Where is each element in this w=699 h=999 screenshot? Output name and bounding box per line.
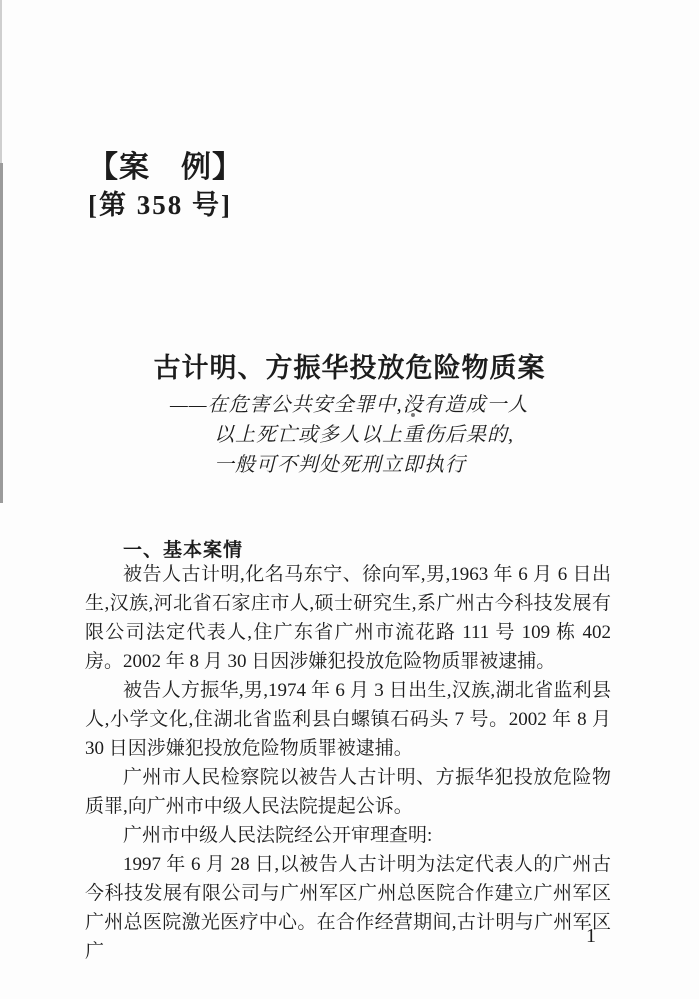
case-header: 【案 例】 [第 358 号] xyxy=(88,153,243,219)
body-paragraph: 被告人方振华,男,1974 年 6 月 3 日出生,汉族,湖北省监利县人,小学文… xyxy=(85,676,611,763)
scan-edge-artifact-top xyxy=(0,0,2,163)
subtitle-line: 以上死亡或多人以上重伤后果的, xyxy=(170,420,560,450)
section-heading-basic-facts: 一、基本案情 xyxy=(123,535,243,562)
body-paragraph: 广州市人民检察院以被告人古计明、方振华犯投放危险物质罪,向广州市中级人民法院提起… xyxy=(85,763,611,821)
case-body: 被告人古计明,化名马东宁、徐向军,男,1963 年 6 月 6 日出生,汉族,河… xyxy=(85,560,611,966)
subtitle-line: 一般可不判处死刑立即执行 xyxy=(170,450,560,480)
body-paragraph: 1997 年 6 月 28 日,以被告人古计明为法定代表人的广州古今科技发展有限… xyxy=(85,850,611,966)
body-paragraph: 广州市中级人民法院经公开审理查明: xyxy=(85,821,611,850)
body-paragraph: 被告人古计明,化名马东宁、徐向军,男,1963 年 6 月 6 日出生,汉族,河… xyxy=(85,560,611,676)
subtitle-line: ——在危害公共安全罪中,没有造成一人 xyxy=(170,390,560,420)
page-number: 1 xyxy=(586,925,596,948)
case-category-label: 【案 例】 xyxy=(88,153,243,183)
case-subtitle: ——在危害公共安全罪中,没有造成一人 以上死亡或多人以上重伤后果的, 一般可不判… xyxy=(170,390,560,480)
case-title: 古计明、方振华投放危险物质案 xyxy=(0,346,699,385)
scan-edge-artifact-mid xyxy=(0,163,3,503)
case-number-label: [第 358 号] xyxy=(88,192,243,219)
scanned-book-page: 【案 例】 [第 358 号] 古计明、方振华投放危险物质案 ——在危害公共安全… xyxy=(0,0,699,999)
